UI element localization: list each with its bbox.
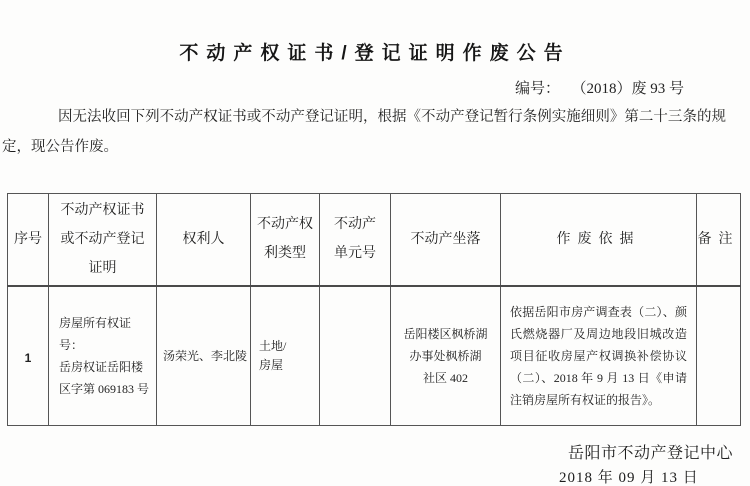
header-basis: 作废依据 — [501, 194, 697, 286]
header-certificate: 不动产权证书 或不动产登记 证明 — [49, 194, 157, 286]
doc-number-value: （2018）废 93 号 — [579, 81, 684, 97]
issuing-org: 岳阳市不动产登记中心 — [568, 440, 733, 463]
cancellation-table: 序号 不动产权证书 或不动产登记 证明 权利人 不动产权 利类型 不动产 单元号… — [7, 193, 741, 426]
table-row: 1 房屋所有权证号： 岳房权证岳阳楼 区字第 069183 号 汤荣光、李北陵 … — [8, 286, 741, 426]
header-remark: 备注 — [697, 194, 741, 286]
cell-basis: 依据岳阳市房产调查表（二）、颜氏燃烧器厂及周边地段旧城改造项目征收房屋产权调换补… — [501, 286, 697, 426]
table-header-row: 序号 不动产权证书 或不动产登记 证明 权利人 不动产权 利类型 不动产 单元号… — [8, 194, 741, 286]
cell-seq: 1 — [8, 286, 49, 426]
document-page: 不动产权证书/登记证明作废公告 编号：（2018）废 93 号 因无法收回下列不… — [0, 0, 750, 486]
header-unit-no: 不动产 单元号 — [320, 194, 391, 286]
header-seq: 序号 — [8, 194, 49, 286]
header-holder: 权利人 — [157, 194, 251, 286]
cell-right-type: 土地/ 房屋 — [251, 286, 320, 426]
cell-remark — [697, 286, 741, 426]
header-location: 不动产坐落 — [391, 194, 501, 286]
doc-number: 编号：（2018）废 93 号 — [515, 77, 684, 98]
table-body: 1 房屋所有权证号： 岳房权证岳阳楼 区字第 069183 号 汤荣光、李北陵 … — [8, 286, 741, 426]
intro-paragraph: 因无法收回下列不动产权证书或不动产登记证明，根据《不动产登记暂行条例实施细则》第… — [2, 102, 726, 162]
cell-holder: 汤荣光、李北陵 — [157, 286, 251, 426]
header-right-type: 不动产权 利类型 — [251, 194, 320, 286]
cell-location: 岳阳楼区枫桥湖 办事处枫桥湖 社区 402 — [391, 286, 501, 426]
page-title: 不动产权证书/登记证明作废公告 — [0, 38, 750, 65]
issue-date: 2018 年 09 月 13 日 — [559, 466, 699, 486]
cell-certificate: 房屋所有权证号： 岳房权证岳阳楼 区字第 069183 号 — [49, 286, 157, 426]
table-header: 序号 不动产权证书 或不动产登记 证明 权利人 不动产权 利类型 不动产 单元号… — [8, 194, 741, 286]
cell-unit-no — [320, 286, 391, 426]
doc-number-label: 编号： — [515, 81, 560, 97]
